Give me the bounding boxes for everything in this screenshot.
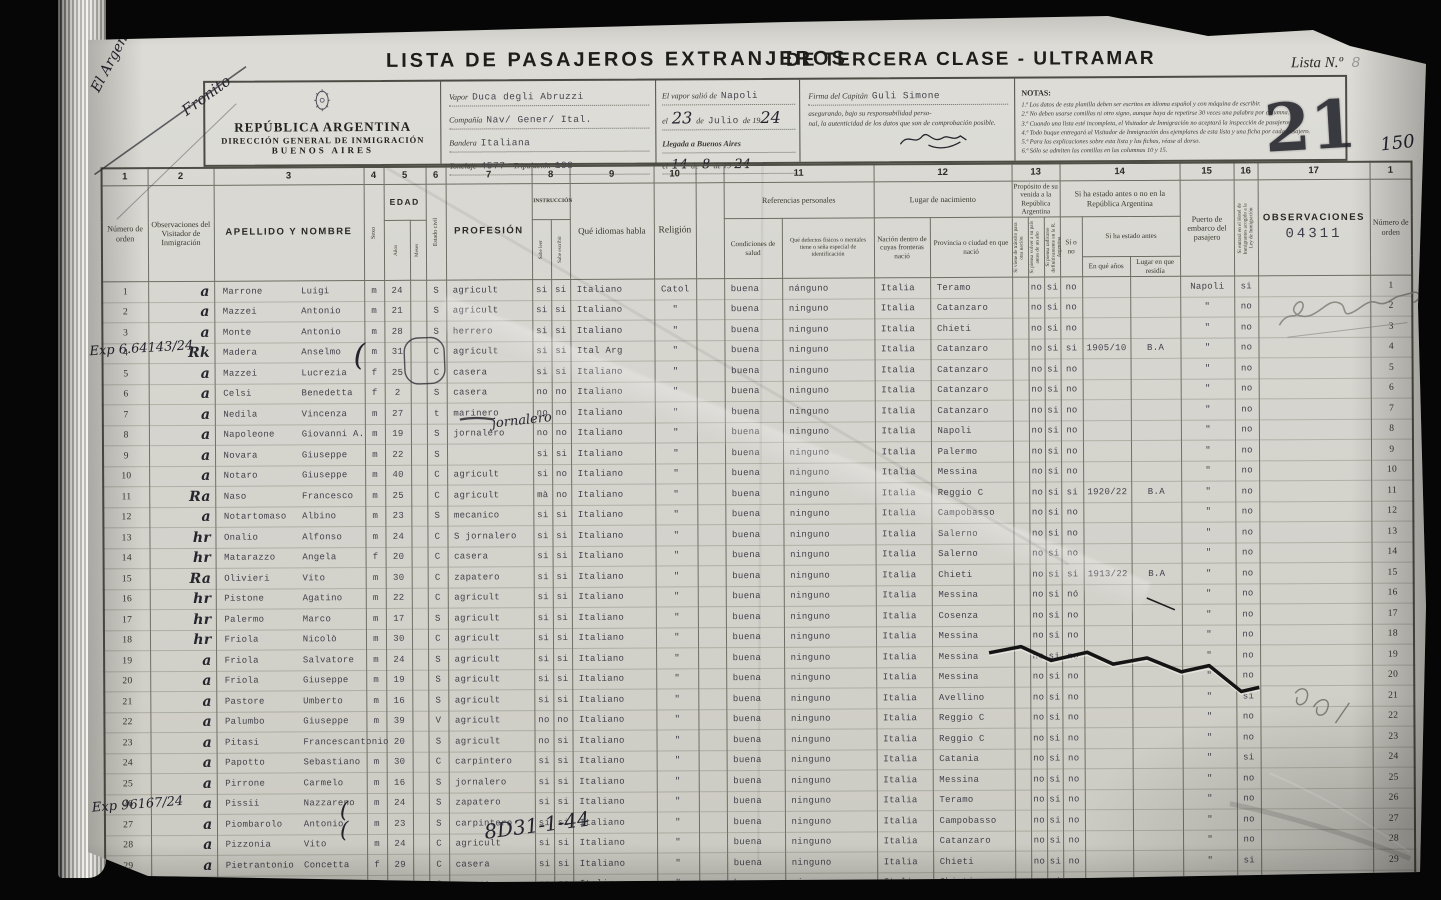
hotel-flag: no (1236, 706, 1260, 727)
purpose-settle: si (1045, 482, 1061, 503)
profession: agricult (448, 731, 534, 752)
header-profesion: PROFESIÓN (446, 184, 533, 281)
reads: si (535, 833, 554, 854)
purpose-settle: si (1045, 380, 1061, 401)
hotel-flag: no (1236, 522, 1260, 543)
defects: ninguno (783, 524, 875, 545)
order-number: 13 (103, 528, 149, 549)
page-title: LISTA DE PASAJEROS EXTRANJEROS (386, 48, 848, 73)
surname: Napoleone (217, 430, 301, 440)
inspector-mark: hr (150, 630, 216, 651)
sex: m (366, 568, 386, 589)
defects: nánguno (782, 278, 874, 299)
civil-status: C (429, 752, 449, 773)
header-numero-right: Número de orden (1370, 179, 1413, 275)
lista-label: Lista N.º (1291, 55, 1343, 71)
birth-province: Catanzaro (931, 359, 1013, 380)
hotel-flag: no (1237, 788, 1261, 809)
sex: m (367, 814, 387, 835)
languages: Italiano (572, 587, 656, 608)
birth-province: Reggio C (933, 728, 1015, 749)
writes: si (553, 567, 572, 588)
salio-year: 24 (760, 108, 780, 127)
age-years: 23 (387, 813, 413, 834)
sex: m (365, 527, 385, 548)
religion: " (656, 607, 698, 628)
purpose-settle: si (1047, 810, 1063, 831)
been-years (1083, 359, 1131, 380)
purpose-return: no (1029, 380, 1045, 401)
purpose-settle: si (1047, 749, 1063, 770)
passenger-name: PissiiNazzareno (217, 793, 367, 814)
religion: " (656, 689, 698, 710)
purpose-return: no (1028, 277, 1044, 298)
health: buena (727, 873, 785, 894)
inspector-mark: a (149, 363, 215, 384)
embark-port: " (1181, 502, 1235, 523)
sex: m (364, 322, 384, 343)
header-sabe-escribir: Sabe escribir (551, 220, 570, 280)
notas-label: NOTAS: (1021, 88, 1051, 97)
passenger-name: FriolaGiuseppe (216, 670, 366, 691)
purpose-transit (1014, 585, 1030, 606)
writes: si (552, 444, 571, 465)
hotel-flag: si (1237, 747, 1261, 768)
been-before: no (1061, 461, 1083, 482)
hotel-flag: si (1237, 870, 1261, 891)
purpose-return: no (1031, 769, 1047, 790)
inspector-mark: hr (149, 527, 215, 548)
reads: si (534, 608, 553, 629)
defects: ninguno (784, 627, 876, 648)
been-before: no (1061, 523, 1083, 544)
age-months (411, 383, 427, 404)
defects: ninguno (783, 504, 875, 525)
observations (1259, 398, 1371, 419)
birth-province: Messina (932, 626, 1014, 647)
languages: Italiano (571, 382, 655, 403)
reads: si (532, 321, 551, 342)
purpose-transit (1015, 831, 1031, 852)
birth-nation: Italia (875, 360, 931, 381)
been-years (1083, 523, 1131, 544)
been-place: B.A (1131, 338, 1181, 359)
been-years: 1920/22 (1083, 482, 1131, 503)
embark-port: " (1182, 686, 1236, 707)
civil-status: t (427, 403, 447, 424)
colnum-gap (696, 165, 724, 183)
purpose-transit (1012, 298, 1028, 319)
embark-port: " (1182, 543, 1236, 564)
defects: ninguno (785, 729, 877, 750)
religion: " (654, 299, 696, 320)
defects: ninguno (784, 586, 876, 607)
been-years (1084, 605, 1132, 626)
order-number-right: 2 (1370, 296, 1412, 317)
order-number-right: 15 (1372, 562, 1414, 583)
been-place (1132, 645, 1182, 666)
been-place (1133, 871, 1183, 892)
observations (1261, 747, 1373, 768)
purpose-settle: si (1045, 523, 1061, 544)
given-name: Salvatore (303, 655, 354, 665)
been-years (1085, 830, 1133, 851)
gap-column (699, 771, 727, 792)
defects: ninguno (783, 422, 875, 443)
age-months (413, 752, 429, 773)
voyage-box: El vapor salió de Napoli el 23 de Julio … (656, 80, 801, 163)
gap-column (699, 832, 727, 853)
observations (1260, 624, 1372, 645)
been-place (1131, 440, 1181, 461)
header-gap (696, 183, 725, 279)
surname: Mazzei (217, 307, 301, 317)
been-before: no (1063, 748, 1085, 769)
order-number-right: 7 (1371, 398, 1413, 419)
been-place (1132, 625, 1182, 646)
gap-column (697, 504, 725, 525)
inspector-mark: a (151, 753, 217, 774)
defects: ninguno (785, 750, 877, 771)
sex: m (365, 445, 385, 466)
been-years (1083, 461, 1131, 482)
surname: Marrone (217, 286, 301, 296)
age-years: 40 (385, 465, 411, 486)
order-number: 15 (104, 569, 150, 590)
gap-column (699, 750, 727, 771)
passenger-name: NasoFrancesco (215, 486, 365, 507)
been-before: no (1063, 728, 1085, 749)
birth-nation: Italia (875, 462, 931, 483)
religion: " (657, 873, 699, 894)
been-years (1084, 625, 1132, 646)
lista-number: Lista N.º8 (1291, 55, 1360, 72)
purpose-transit (1014, 708, 1030, 729)
civil-status: C (428, 588, 448, 609)
embark-port: " (1182, 522, 1236, 543)
order-number: 29 (105, 856, 151, 877)
purpose-return: no (1029, 359, 1045, 380)
reads: no (535, 874, 554, 895)
been-place (1132, 604, 1182, 625)
civil-status: S (427, 383, 447, 404)
health: buena (725, 504, 783, 525)
age-years: 30 (387, 752, 413, 773)
embark-port: " (1182, 563, 1236, 584)
passenger-name: MarroneLuigi (214, 281, 364, 302)
captain-line2: nal, la autenticidad de los datos que so… (808, 118, 1008, 129)
age-months (413, 772, 429, 793)
health: buena (727, 832, 785, 853)
writes: no (552, 382, 571, 403)
birth-province: Messina (932, 646, 1014, 667)
hotel-flag: no (1235, 358, 1259, 379)
header-proposito-transito: Si viene de tránsito para otra nación (1012, 217, 1028, 277)
languages: Italiano (571, 464, 655, 485)
health: buena (724, 340, 782, 361)
purpose-transit (1014, 626, 1030, 647)
purpose-return: no (1029, 523, 1045, 544)
birth-nation: Italia (877, 872, 933, 893)
age-months (411, 506, 427, 527)
purpose-return: no (1030, 687, 1046, 708)
embark-port: " (1182, 584, 1236, 605)
languages: Italiano (573, 812, 657, 833)
gap-column (696, 299, 724, 320)
colnum-15: 15 (1180, 163, 1234, 181)
observations (1261, 767, 1373, 788)
order-number-right: 8 (1371, 419, 1413, 440)
birth-nation: Italia (875, 421, 931, 442)
writes: si (552, 526, 571, 547)
purpose-return: no (1029, 441, 1045, 462)
civil-status: S (427, 444, 447, 465)
purpose-settle: si (1046, 687, 1062, 708)
profession: jornalero (447, 423, 533, 444)
given-name: Giuseppe (303, 717, 349, 727)
profession: agricult (448, 628, 534, 649)
birth-province: Messina (931, 462, 1013, 483)
been-place (1131, 420, 1181, 441)
given-name: Giuseppe (302, 450, 348, 460)
sex: m (364, 281, 384, 302)
health: buena (724, 319, 782, 340)
defects: ninguno (783, 381, 875, 402)
bandera-value: Italiana (481, 137, 531, 148)
writes: no (554, 874, 573, 895)
header-puerto: Puerto de embarco del pasajero (1180, 180, 1235, 276)
writes: si (553, 628, 572, 649)
colnum-1: 1 (102, 168, 148, 186)
header-sexo: Sexo (364, 184, 385, 280)
birth-province: Messina (933, 769, 1015, 790)
been-years (1083, 502, 1131, 523)
header-provincia: Provincia o ciudad en que nació (930, 217, 1012, 277)
purpose-transit (1015, 728, 1031, 749)
been-before: no (1063, 810, 1085, 831)
been-years (1085, 789, 1133, 810)
health: buena (726, 647, 784, 668)
health: buena (725, 360, 783, 381)
been-place (1131, 502, 1181, 523)
embark-port: " (1181, 338, 1235, 359)
health: buena (724, 299, 782, 320)
order-number: 9 (103, 446, 149, 467)
gap-column (698, 668, 726, 689)
given-name: Antonio (304, 819, 344, 829)
birth-province: Cosenza (932, 605, 1014, 626)
been-years (1083, 400, 1131, 421)
been-before: no (1060, 297, 1082, 318)
scanned-ledger-page: { "title":{"left":"LISTA DE PASAJEROS EX… (0, 0, 1441, 900)
birth-nation: Italia (876, 647, 932, 668)
been-years (1082, 318, 1130, 339)
religion: " (657, 730, 699, 751)
age-months (412, 608, 428, 629)
writes: no (552, 485, 571, 506)
civil-status: C (427, 362, 447, 383)
embark-port: " (1183, 748, 1237, 769)
passenger-name: MazzeiLucrezia (215, 363, 365, 384)
age-years: 30 (386, 629, 412, 650)
been-before: nó (1062, 584, 1084, 605)
passenger-name: NotaroGiuseppe (215, 465, 365, 486)
languages: Italiano (570, 279, 654, 300)
been-before: no (1061, 400, 1083, 421)
birth-province: Messina (932, 667, 1014, 688)
order-number-right: 24 (1373, 747, 1415, 768)
purpose-return: no (1028, 298, 1044, 319)
captain-name: Guli Simone (872, 90, 940, 101)
purpose-return: no (1029, 462, 1045, 483)
observations (1260, 542, 1372, 563)
surname: Friola (218, 635, 302, 645)
purpose-transit (1013, 400, 1029, 421)
profession: jornalero (449, 772, 535, 793)
birth-nation: Italia (876, 606, 932, 627)
gap-column (696, 279, 724, 300)
passenger-name: FanciulliFrancesco (217, 875, 367, 897)
header-observaciones-visitador: Observaciones del Visitador de Inmigraci… (148, 185, 215, 281)
civil-status: S (429, 772, 449, 793)
writes: si (553, 546, 572, 567)
pen-folio-number: 150 (1379, 131, 1415, 156)
inspector-mark: a (149, 445, 215, 466)
sex: m (364, 301, 384, 322)
given-name: Sebastiano (303, 757, 360, 767)
purpose-return: no (1031, 749, 1047, 770)
profession: agricult (448, 690, 534, 711)
order-number-right: 17 (1372, 603, 1414, 624)
order-number: 14 (104, 548, 150, 569)
age-years: 22 (385, 444, 411, 465)
profession: marinero (447, 403, 533, 424)
been-before: no (1062, 666, 1084, 687)
surname: Matarazzo (218, 553, 302, 563)
order-number-right: 29 (1373, 849, 1415, 870)
age-years: 30 (386, 567, 412, 588)
bandera-label: Bandera (449, 138, 477, 147)
been-place (1131, 358, 1181, 379)
given-name: Alfonso (302, 532, 342, 542)
table-header: 1 2 3 4 5 6 7 8 9 10 11 12 13 14 15 16 1… (102, 162, 1413, 282)
profession: casera (447, 382, 533, 403)
profession: casera (448, 546, 534, 567)
civil-status: C (428, 567, 448, 588)
writes: si (553, 649, 572, 670)
header-en-que-anos: En qué años (1082, 257, 1130, 277)
surname: Notartomaso (218, 512, 302, 522)
been-years (1084, 666, 1132, 687)
sex: m (367, 752, 387, 773)
been-years (1084, 707, 1132, 728)
given-name: Anselmo (301, 348, 341, 358)
age-months (410, 301, 426, 322)
age-months (411, 526, 427, 547)
purpose-settle: si (1044, 298, 1060, 319)
header-idiomas: Qué idiomas habla (570, 183, 655, 280)
age-months (410, 321, 426, 342)
order-number-right: 1 (1370, 275, 1412, 296)
profession: agricult (448, 587, 534, 608)
surname: Onalio (218, 532, 302, 542)
birth-nation: Italia (875, 442, 931, 463)
birth-province: Catanzaro (930, 298, 1012, 319)
civil-status: S (429, 875, 449, 896)
health: buena (726, 586, 784, 607)
embark-port: " (1182, 645, 1236, 666)
embark-port: " (1183, 850, 1237, 871)
age-months (412, 690, 428, 711)
health: buena (726, 545, 784, 566)
birth-nation: Italia (877, 831, 933, 852)
purpose-settle: si (1046, 585, 1062, 606)
vapor-value: Duca degli Abruzzi (472, 91, 584, 103)
birth-nation: Italia (876, 708, 932, 729)
el-label: el (662, 116, 668, 125)
inspector-mark: Ra (149, 486, 215, 507)
religion: " (655, 463, 697, 484)
hotel-flag: no (1237, 768, 1261, 789)
birth-nation: Italia (875, 380, 931, 401)
reads: si (533, 444, 552, 465)
agency-office: DIRECCIÓN GENERAL DE INMIGRACIÓN (205, 135, 440, 146)
been-before: no (1061, 441, 1083, 462)
surname: Palumbo (219, 717, 303, 727)
embark-port: " (1182, 625, 1236, 646)
header-anos: Años (384, 220, 410, 280)
reads: si (534, 628, 553, 649)
been-place (1130, 297, 1180, 318)
been-years: 1905/10 (1083, 338, 1131, 359)
health: buena (727, 750, 785, 771)
embark-port: " (1182, 707, 1236, 728)
age-months (411, 485, 427, 506)
passenger-table-body: 1aMarroneLuigim24SagricultsisiItalianoCa… (102, 275, 1415, 897)
sex: m (367, 793, 387, 814)
passenger-name: MazzeiAntonio (214, 301, 364, 322)
been-before: no (1062, 543, 1084, 564)
purpose-return: no (1030, 544, 1046, 565)
age-months (411, 424, 427, 445)
surname: Friola (219, 676, 303, 686)
defects: ninguno (783, 442, 875, 463)
given-name: Agatino (303, 594, 343, 604)
hotel-flag: no (1235, 440, 1259, 461)
passenger-name: PizzoniaVito (217, 834, 367, 855)
been-place (1133, 850, 1183, 871)
vapor-label: Vapor (449, 93, 468, 102)
civil-status: V (428, 711, 448, 732)
civil-status: S (427, 424, 447, 445)
purpose-transit (1013, 441, 1029, 462)
age-months (413, 854, 429, 875)
embark-port: " (1183, 789, 1237, 810)
birth-nation: Italia (875, 483, 931, 504)
order-number: 6 (103, 384, 149, 405)
inspector-mark: hr (150, 548, 216, 569)
age-years: 21 (384, 301, 410, 322)
ledger-sheet: LISTA DE PASAJEROS EXTRANJEROS DE TERCER… (88, 6, 1426, 888)
compania-label: Compañía (449, 115, 482, 124)
order-number-right: 25 (1373, 767, 1415, 788)
reads: si (535, 813, 554, 834)
purpose-transit (1012, 277, 1028, 298)
age-months (412, 629, 428, 650)
been-years (1085, 769, 1133, 790)
hotel-flag: no (1236, 645, 1260, 666)
inspector-mark: a (151, 814, 217, 835)
